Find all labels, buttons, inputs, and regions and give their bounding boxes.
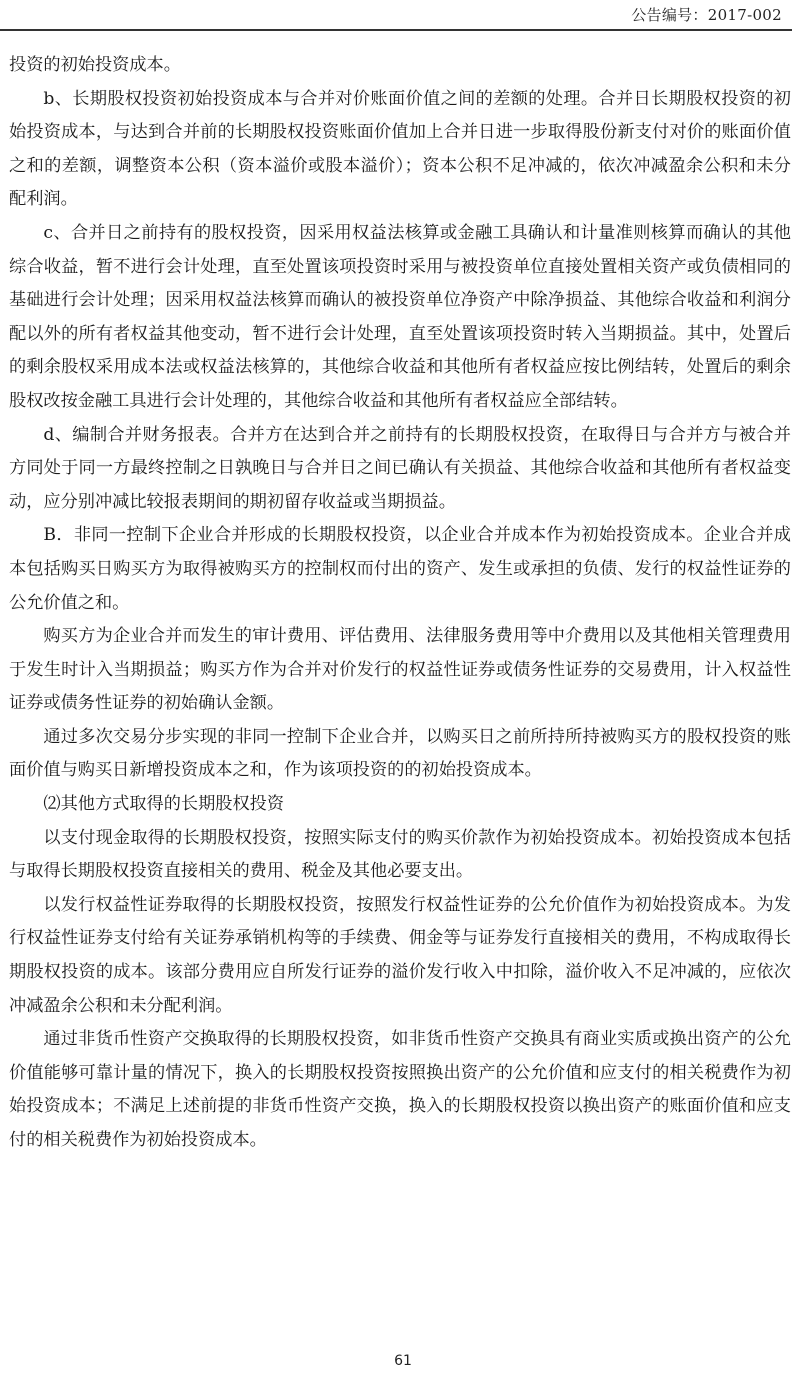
paragraph-equity-securities: 以发行权益性证券取得的长期股权投资，按照发行权益性证券的公允价值作为初始投资成本… bbox=[9, 889, 791, 1023]
paragraph-cash-payment: 以支付现金取得的长期股权投资，按照实际支付的购买价款作为初始投资成本。初始投资成… bbox=[9, 822, 791, 889]
paragraph-B-non-common-control: B．非同一控制下企业合并形成的长期股权投资，以企业合并成本作为初始投资成本。企业… bbox=[9, 519, 791, 620]
paragraph-acquirer-costs: 购买方为企业合并而发生的审计费用、评估费用、法律服务费用等中介费用以及其他相关管… bbox=[9, 620, 791, 721]
paragraph-b-difference-treatment: b、长期股权投资初始投资成本与合并对价账面价值之间的差额的处理。合并日长期股权投… bbox=[9, 83, 791, 217]
announcement-number: 公告编号：2017-002 bbox=[631, 4, 782, 25]
page-header: 公告编号：2017-002 bbox=[0, 0, 792, 31]
paragraph-d-consolidated-statements: d、编制合并财务报表。合并方在达到合并之前持有的长期股权投资，在取得日与合并方与… bbox=[9, 419, 791, 520]
paragraph-continuation: 投资的初始投资成本。 bbox=[9, 49, 791, 83]
paragraph-stepwise-acquisition: 通过多次交易分步实现的非同一控制下企业合并，以购买日之前所持所持被购买方的股权投… bbox=[9, 721, 791, 788]
document-body: 投资的初始投资成本。 b、长期股权投资初始投资成本与合并对价账面价值之间的差额的… bbox=[9, 49, 791, 1158]
section-heading-other-methods: ⑵其他方式取得的长期股权投资 bbox=[9, 788, 791, 822]
paragraph-c-prior-equity: c、合并日之前持有的股权投资，因采用权益法核算或金融工具确认和计量准则核算而确认… bbox=[9, 217, 791, 419]
page-number: 61 bbox=[0, 1353, 806, 1369]
paragraph-non-monetary-exchange: 通过非货币性资产交换取得的长期股权投资，如非货币性资产交换具有商业实质或换出资产… bbox=[9, 1023, 791, 1157]
